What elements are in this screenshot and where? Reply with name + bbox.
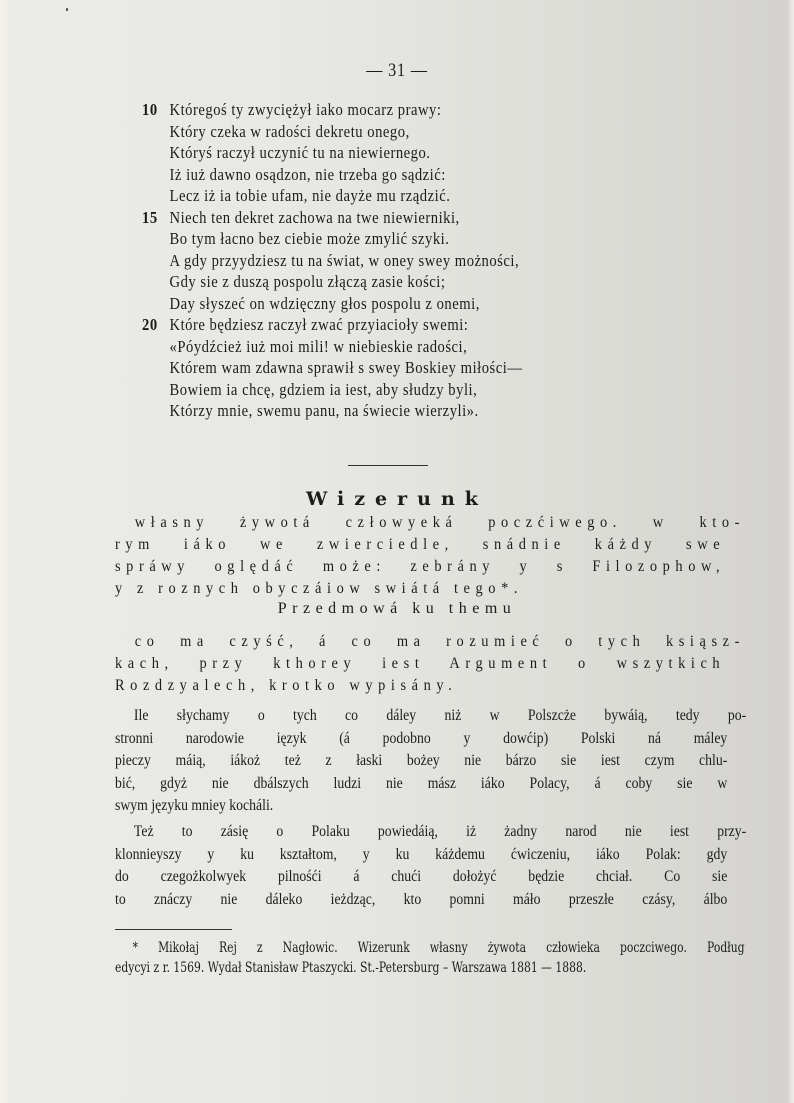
verse-line: «Póydźcież iuż moi mili! w niebieskie ra… (142, 336, 522, 358)
page-left-edge (0, 0, 10, 1103)
section-divider (348, 465, 428, 466)
footnote-line: * Mikołaj Rej z Nagłowic. Wizerunk własn… (115, 938, 745, 958)
page-number: — 31 — (60, 60, 735, 82)
verse-line: 10Któregoś ty zwyciężył iako mocarz praw… (142, 99, 522, 121)
verse-text: Które będziesz raczył zwać przyiacioły s… (170, 314, 469, 336)
verse-line: Bowiem ia chcę, gdziem ia iest, aby słud… (142, 379, 522, 401)
paragraph: Ile słychamy o tych co dáley niż w Polsz… (115, 705, 727, 818)
verse-line: A gdy przyydziesz tu na świat, w oney sw… (142, 250, 522, 272)
verse-number: 20 (142, 314, 166, 336)
verse-line: Gdy sie z duszą pospolu złączą zasie koś… (142, 271, 522, 293)
verse-text: Gdy sie z duszą pospolu złączą zasie koś… (170, 271, 446, 293)
preface-line: Rozdzyalech, krotko wypisány. (115, 675, 725, 697)
subtitle-line: rym iáko we zwierciedle, snádnie káżdy s… (115, 534, 725, 556)
section-subtitle: własny żywotá człowyeká poczćiwego. w kt… (115, 512, 725, 600)
verse-block: 10Któregoś ty zwyciężył iako mocarz praw… (142, 99, 584, 422)
paragraph-line: Też to zásię o Polaku powiedáią, iż żadn… (115, 821, 746, 844)
paragraph: Też to zásię o Polaku powiedáią, iż żadn… (115, 821, 727, 911)
paragraph-line: stronni narodowie ięzyk (á podobno y dow… (115, 728, 727, 751)
verse-line: 15Niech ten dekret zachowa na twe niewie… (142, 207, 522, 229)
verse-line: Który czeka w radości dekretu onego, (142, 121, 522, 143)
verse-text: Niech ten dekret zachowa na twe niewiern… (170, 207, 460, 229)
verse-line: Bo tym łacno bez ciebie może zmylić szyk… (142, 228, 522, 250)
verse-text: Który czeka w radości dekretu onego, (170, 121, 410, 143)
paragraph-line: swym języku mniey kocháli. (115, 795, 727, 818)
verse-text: A gdy przyydziesz tu na świat, w oney sw… (170, 250, 520, 272)
subtitle-line: spráwy oględáć może: zebrány y s Filozop… (115, 556, 725, 578)
page-right-edge (786, 0, 794, 1103)
verse-text: Lecz iż ia tobie ufam, nie dayże mu rząd… (170, 185, 451, 207)
verse-text: Którem wam zdawna sprawił s swey Boskiey… (170, 357, 523, 379)
verse-text: Którzy mnie, swemu panu, na świecie wier… (170, 400, 479, 422)
verse-text: Bo tym łacno bez ciebie może zmylić szyk… (170, 228, 450, 250)
verse-line: Którzy mnie, swemu panu, na świecie wier… (142, 400, 522, 422)
subtitle-line: własny żywotá człowyeká poczćiwego. w kt… (115, 512, 745, 534)
verse-line: Day słyszeć on wdzięczny głos pospolu z … (142, 293, 522, 315)
section-title: Wizerunk (0, 488, 794, 510)
paragraph-line: klonnieyszy y ku kształtom, y ku káżdemu… (115, 844, 727, 867)
paragraph-line: do czegożkolwyek pilnośći á chući dołoży… (115, 866, 727, 889)
paragraph-line: to znáczy nie dáleko ieżdząc, kto pomni … (115, 889, 727, 912)
verse-text: Iż iuż dawno osądzon, nie trzeba go sądz… (170, 164, 446, 186)
verse-text: Któregoś ty zwyciężył iako mocarz prawy: (170, 99, 442, 121)
verse-text: «Póydźcież iuż moi mili! w niebieskie ra… (170, 336, 468, 358)
verse-text: Bowiem ia chcę, gdziem ia iest, aby słud… (170, 379, 478, 401)
subtitle-line: y z roznych obyczáiow swiátá tego*. (115, 578, 725, 600)
verse-line: Którem wam zdawna sprawił s swey Boskiey… (142, 357, 522, 379)
paragraph-line: Ile słychamy o tych co dáley niż w Polsz… (115, 705, 746, 728)
verse-line: Lecz iż ia tobie ufam, nie dayże mu rząd… (142, 185, 522, 207)
preface-line: co ma czyść, á co ma rozumieć o tych ksi… (115, 631, 745, 653)
verse-number: 15 (142, 207, 166, 229)
preface-description: co ma czyść, á co ma rozumieć o tych ksi… (115, 631, 725, 697)
verse-text: Któryś raczył uczynić tu na niewiernego. (170, 142, 431, 164)
verse-number: 10 (142, 99, 166, 121)
footnote: * Mikołaj Rej z Nagłowic. Wizerunk własn… (115, 938, 727, 978)
verse-line: Iż iuż dawno osądzon, nie trzeba go sądz… (142, 164, 522, 186)
footnote-line: edycyi z r. 1569. Wydał Stanisław Ptaszy… (115, 958, 727, 978)
verse-line: 20Które będziesz raczył zwać przyiacioły… (142, 314, 522, 336)
book-page: — 31 — 10Któregoś ty zwyciężył iako moca… (0, 0, 794, 1103)
ink-speck (66, 8, 68, 11)
paragraph-line: bić, gdyż nie dbálszych ludzi nie mász i… (115, 773, 727, 796)
verse-text: Day słyszeć on wdzięczny głos pospolu z … (170, 293, 480, 315)
preface-title: Przedmowá ku themu (0, 600, 794, 618)
footnote-divider (115, 929, 232, 930)
paragraph-line: pieczy máią, iákoż też z łaski bożey nie… (115, 750, 727, 773)
verse-line: Któryś raczył uczynić tu na niewiernego. (142, 142, 522, 164)
preface-line: kach, przy kthorey iest Argument o wszyt… (115, 653, 725, 675)
